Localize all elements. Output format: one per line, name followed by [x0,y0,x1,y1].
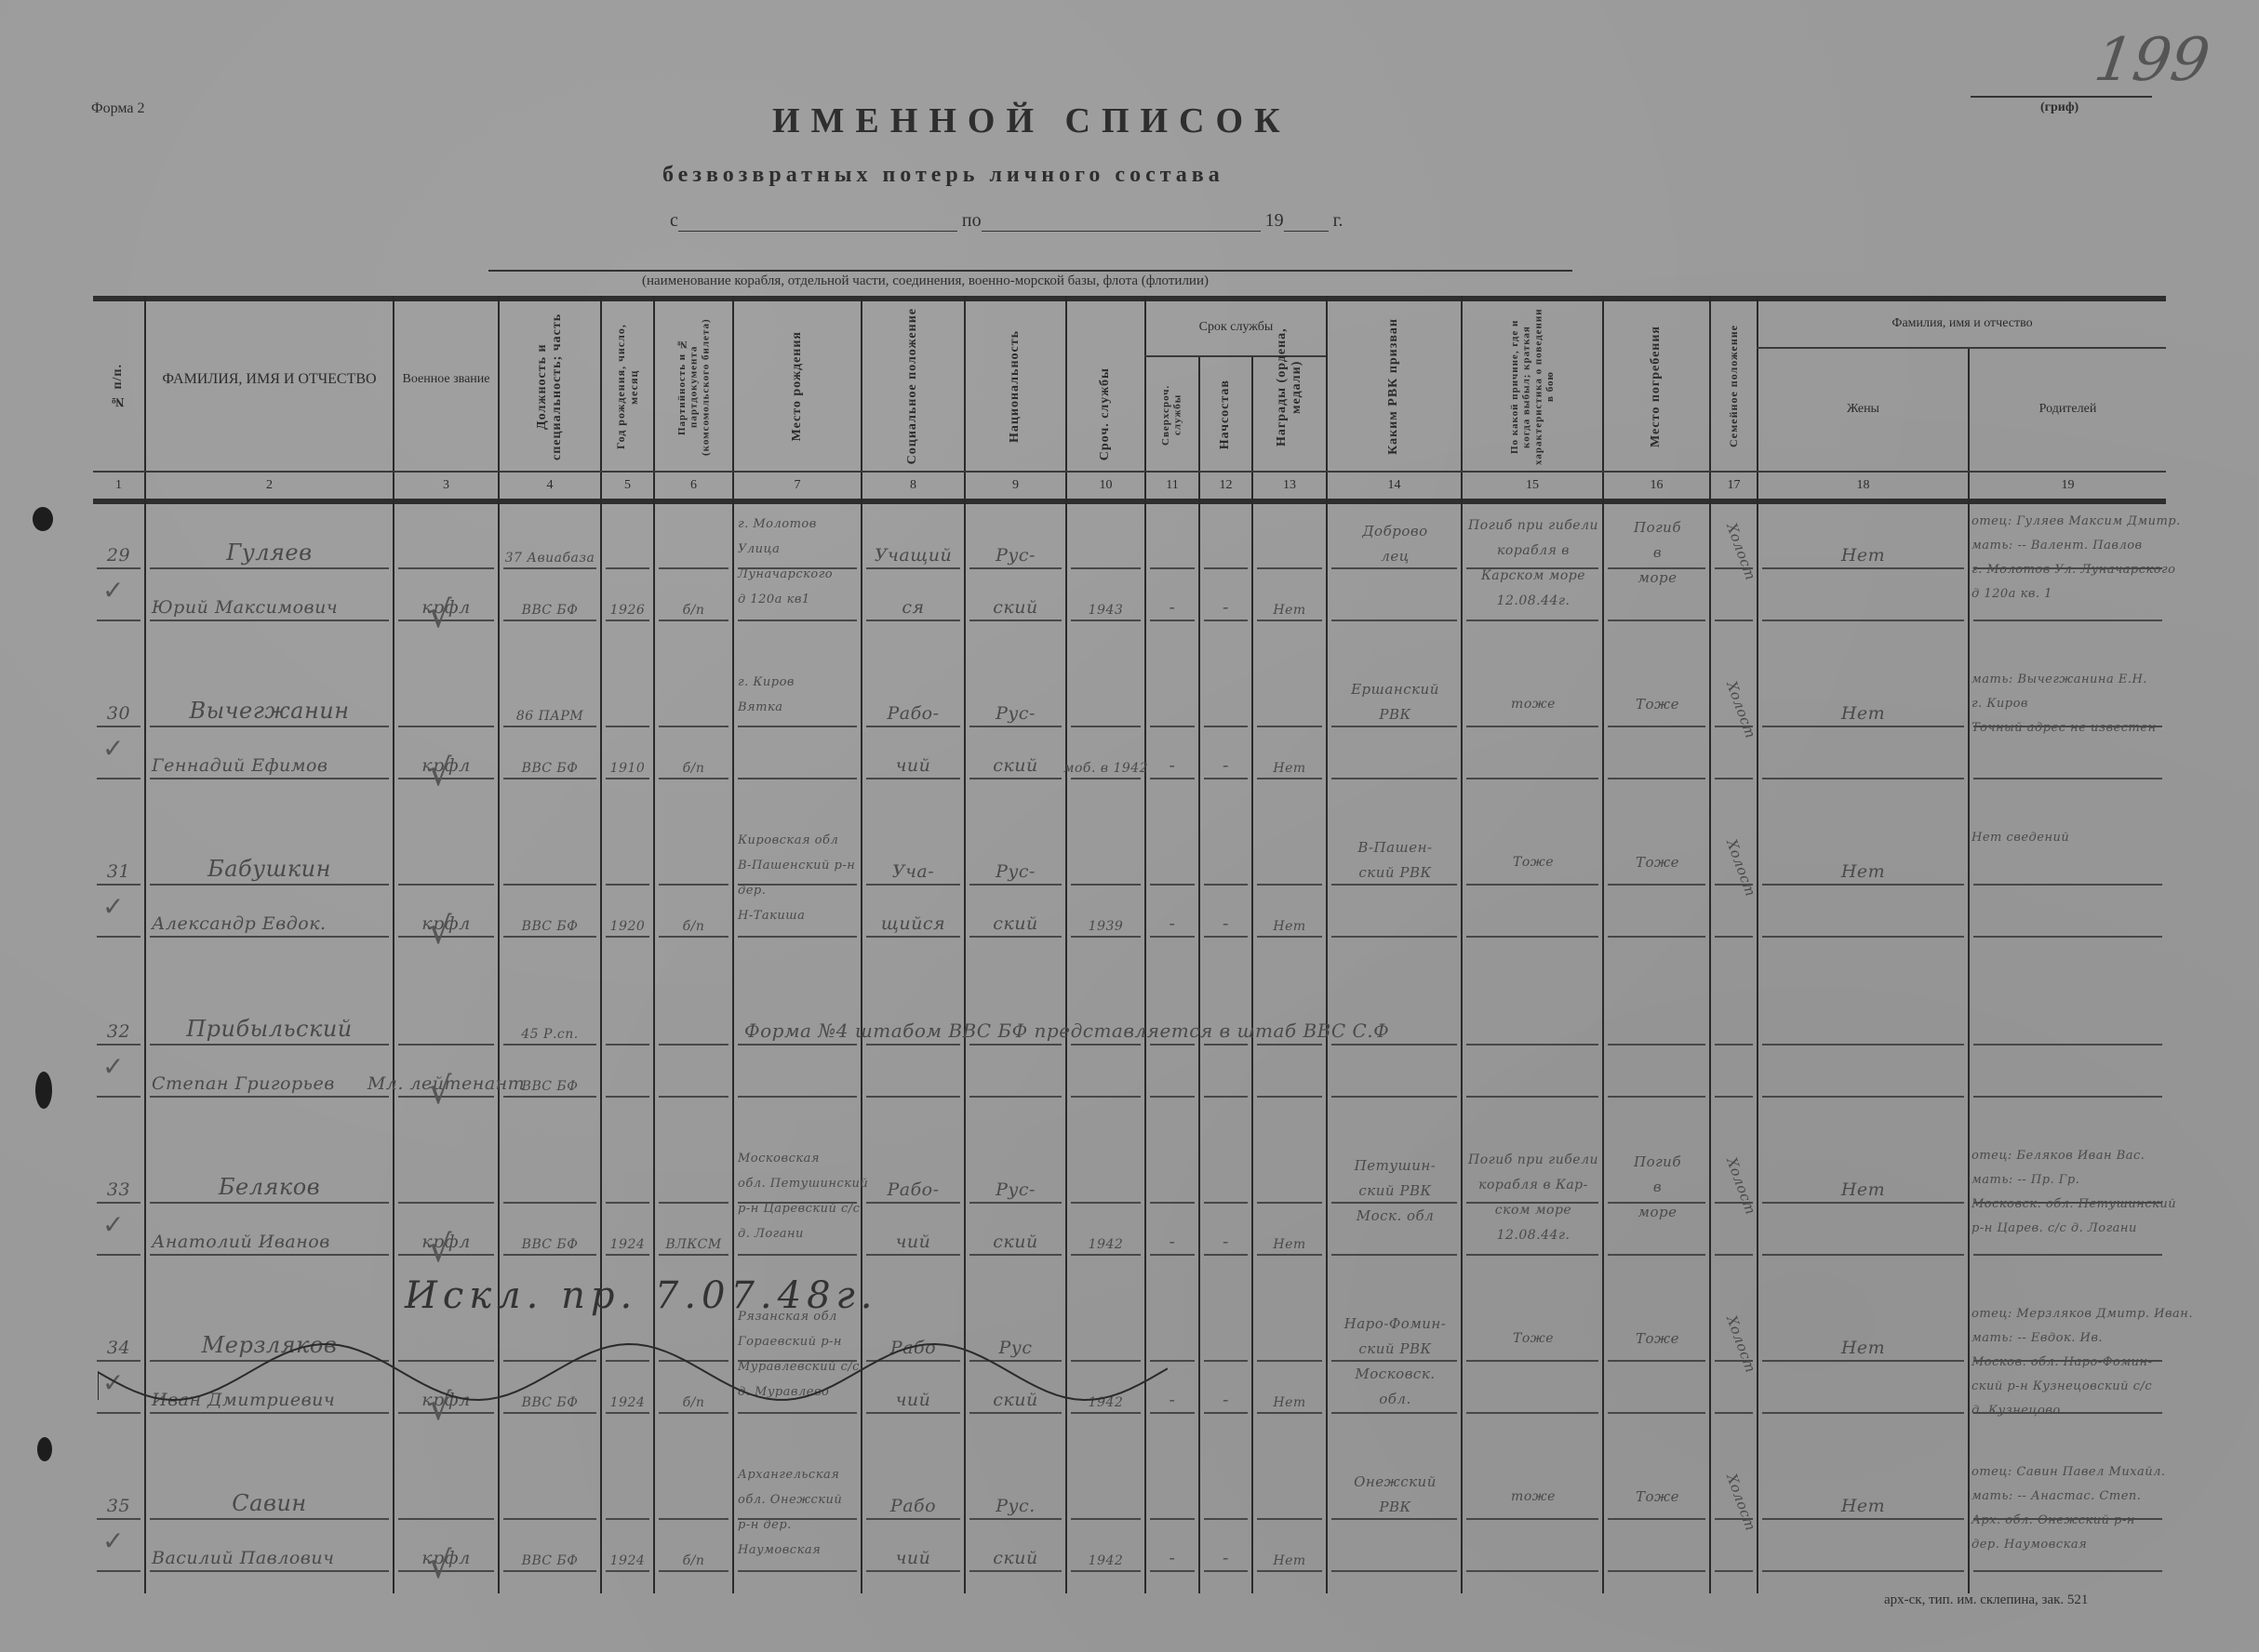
parents-line: р-н Царев. с/с д. Логани [1972,1217,2196,1241]
nationality-2: ский [966,1211,1065,1252]
surname: Бабушкин [146,839,393,882]
row-underline [738,1254,857,1256]
loss-reason-line: Тоже [1466,1326,1600,1352]
classification-label: (гриф) [2040,100,2079,115]
birthplace: Архангельскаяобл. Онежскийр-н дер.Наумов… [738,1462,859,1563]
row-underline [503,1096,596,1098]
parents-line: мать: -- Валент. Павлов [1972,534,2196,558]
row-underline [97,1254,140,1256]
row-underline [1071,567,1141,569]
row-underline [866,936,960,938]
col-number: 10 [1067,473,1144,499]
draft-office-line: Наро-Фомин- [1331,1312,1459,1337]
header-col-8: Социальное положение [862,305,964,468]
row-underline [866,1412,960,1414]
draft-office-line: РВК [1331,702,1459,727]
burial-line: Тоже [1608,692,1707,717]
social-status-2: чий [862,735,964,776]
given-name-patronymic: Геннадий Ефимов [146,735,398,776]
row-underline [1466,1254,1598,1256]
given-name-patronymic: Василий Павлович [146,1527,398,1568]
draft-office-line: ский РВК [1331,1179,1459,1204]
parents-line: ский р-н Кузнецовский с/с [1972,1375,2196,1399]
awards: Нет [1253,735,1326,776]
row-underline [738,1096,857,1098]
row-underline [969,884,1062,886]
position-unit: 45 Р.сп. [500,1005,600,1042]
row-underline [659,1412,728,1414]
nationality-2: ский [966,1527,1065,1568]
verification-tick-icon: √ [428,1070,452,1112]
term-extended: - [1146,893,1198,934]
birthplace-line: Луначарского [738,562,859,587]
row-underline [659,778,728,779]
row-underline [1257,619,1322,621]
row-underline [1466,884,1598,886]
wife-name: Нет [1758,1321,1968,1358]
wife-name: Нет [1758,528,1968,566]
row-underline [1071,1570,1141,1572]
row-underline [866,778,960,779]
row-underline [1973,1254,2162,1256]
row-number: 35 [93,1479,144,1516]
birthplace-line: Московская [738,1146,859,1171]
row-underline [1762,567,1964,569]
row-underline [1071,884,1141,886]
header-bottom-rule [93,499,2166,504]
row-underline [1762,936,1964,938]
row-underline [1071,778,1141,779]
row-underline [969,778,1062,779]
row-underline [503,1518,596,1520]
row-underline [1715,1096,1753,1098]
row-underline [97,1044,140,1046]
row-underline [659,936,728,938]
printer-note: арх-ск, тип. им. склепина, зак. 521 [1884,1592,2088,1608]
row-underline [1150,778,1195,779]
row-underline [1331,1254,1457,1256]
birth-year: 1926 [602,577,653,618]
position-unit: 37 Авиабаза [500,528,600,566]
draft-office-line: лец [1331,544,1459,569]
row-underline [606,1570,649,1572]
row-underline [1715,936,1753,938]
group-rule [1757,347,2166,349]
row-underline [1150,1518,1195,1520]
header-col-10: Сроч. службы [1067,361,1144,468]
burial-place: Тоже [1608,850,1707,875]
col-number: 8 [862,473,964,499]
table-row: 35СавинВасилий ПавловичкрфлВВС БФ1924б/п… [93,1460,2166,1619]
row-underline [1257,936,1322,938]
row-underline [1973,936,2162,938]
row-underline [1762,726,1964,727]
row-underline [738,936,857,938]
birthplace-line: дер. [738,878,859,903]
command-staff: - [1200,1527,1251,1568]
loss-reason-line: Карском море [1466,564,1600,589]
row-underline [1071,1096,1141,1098]
wife-name: Нет [1758,845,1968,882]
row-underline [606,1254,649,1256]
header-col-12: Начсостав [1200,361,1251,468]
burial-line: Погиб [1608,515,1707,540]
loss-reason-line: тоже [1466,692,1600,717]
header-group-relatives: Фамилия, имя и отчество [1758,305,2166,342]
wife-name: Нет [1758,686,1968,724]
row-underline [1257,1518,1322,1520]
row-underline [1071,936,1141,938]
cancellation-note: Искл. пр. 7.07.48г. [405,1274,877,1317]
row-underline [659,619,728,621]
row-underline [1071,1044,1141,1046]
row-underline [1204,726,1248,727]
row-underline [1608,936,1705,938]
row-underline [866,1202,960,1204]
family-status: Холост [1723,679,1759,740]
nationality-2: ский [966,893,1065,934]
row-underline [150,1518,389,1520]
position-unit-2: ВВС БФ [500,735,600,776]
verification-tick-icon: √ [428,1228,452,1271]
awards: Нет [1253,1527,1326,1568]
parents-line: Точный адрес не известен [1972,716,2196,740]
social-status-2: ся [862,577,964,618]
position-unit-2: ВВС БФ [500,1211,600,1252]
row-underline [738,726,857,727]
row-underline [1331,1412,1457,1414]
row-underline [1204,1518,1248,1520]
row-underline [1204,1412,1248,1414]
burial-line: море [1608,566,1707,591]
draft-office: Петушин-ский РВКМоск. обл [1331,1153,1459,1229]
parents-line: мать: Вычегжанина Е.Н. [1972,668,2196,692]
parents-info: мать: Вычегжанина Е.Н.г. КировТочный адр… [1972,668,2196,740]
birthplace-line: Кировская обл [738,828,859,853]
birthplace: г. КировВятка [738,670,859,720]
birthplace: г. МолотовУлицаЛуначарскогод 120а кв1 [738,512,859,612]
party-membership: б/п [655,577,732,618]
position-unit [500,1479,600,1516]
row-underline [1331,619,1457,621]
row-underline [97,1518,140,1520]
row-underline [606,726,649,727]
row-underline [503,567,596,569]
term-regular: 1942 [1067,1211,1144,1252]
command-staff: - [1200,1369,1251,1410]
row-underline [1762,619,1964,621]
row-underline [1466,1096,1598,1098]
row-underline [398,726,494,727]
draft-office-line: обл. [1331,1387,1459,1412]
row-underline [1071,726,1141,727]
header-col-2: ФАМИЛИЯ, ИМЯ И ОТЧЕСТВО [146,333,393,426]
row-underline [398,1044,494,1046]
table-row: 31БабушкинАлександр Евдок.крфлВВС БФ1920… [93,826,2166,984]
row-underline [1150,619,1195,621]
draft-office-line: ский РВК [1331,1337,1459,1362]
header-col-4: Должность и специальность; часть [500,305,600,468]
row-underline [97,567,140,569]
col-number: 17 [1711,473,1757,499]
awards: Нет [1253,577,1326,618]
row-underline [1715,1412,1753,1414]
verification-tick-icon: √ [428,752,452,794]
row-number: 33 [93,1163,144,1200]
command-staff: - [1200,1211,1251,1252]
header-col-7: Место рождения [734,305,861,468]
row-underline [1204,1254,1248,1256]
parents-line: дер. Наумовская [1972,1533,2196,1557]
burial-place: Погибвморе [1608,1150,1707,1225]
row-underline [398,884,494,886]
term-regular: моб. в 1942 [1067,735,1144,776]
row-underline [969,1254,1062,1256]
row-underline [659,1044,728,1046]
nationality: Рус- [966,686,1065,724]
row-underline [1762,1254,1964,1256]
given-name-patronymic: Анатолий Иванов [146,1211,398,1252]
row-underline [97,936,140,938]
header-col-3: Военное звание [394,333,498,426]
social-status: Рабо- [862,686,964,724]
nationality: Рус. [966,1479,1065,1516]
row-underline [1204,884,1248,886]
party-membership: б/п [655,735,732,776]
verification-tick-icon: √ [428,910,452,953]
row-underline [1608,619,1705,621]
row-underline [1204,1570,1248,1572]
period-year-blank [1284,214,1329,232]
row-underline [150,1044,389,1046]
row-underline [1762,1518,1964,1520]
row-underline [503,1044,596,1046]
row-underline [1762,1412,1964,1414]
parents-info: отец: Гуляев Максим Дмитр.мать: -- Вален… [1972,510,2196,606]
row-underline [1762,1096,1964,1098]
period-to-label: по [962,210,982,231]
term-extended: - [1146,1527,1198,1568]
row-underline [659,1096,728,1098]
col-number: 1 [93,473,144,499]
row-underline [1071,1202,1141,1204]
row-underline [1150,726,1195,727]
loss-reason-line: тоже [1466,1485,1600,1510]
col-number: 18 [1758,473,1968,499]
row-underline [606,1096,649,1098]
given-name-patronymic: Александр Евдок. [146,893,398,934]
row-underline [97,884,140,886]
party-membership: б/п [655,893,732,934]
row-underline [969,936,1062,938]
loss-reason: Тоже [1466,850,1600,875]
row-underline [1466,1570,1598,1572]
row-underline [1762,1360,1964,1362]
binder-hole-mark [35,1072,52,1109]
row-underline [969,1412,1062,1414]
burial-line: Тоже [1608,1485,1707,1510]
row-number: 29 [93,528,144,566]
table-top-rule [93,296,2166,301]
burial-line: в [1608,540,1707,566]
row-underline [1204,567,1248,569]
row-underline [1204,1360,1248,1362]
row-underline [969,567,1062,569]
parents-info: отец: Савин Павел Михайл.мать: -- Анаста… [1972,1460,2196,1557]
row-underline [606,884,649,886]
row-underline [606,1202,649,1204]
col-number: 5 [602,473,653,499]
row-underline [1150,1096,1195,1098]
row-underline [969,1096,1062,1098]
term-regular: 1942 [1067,1527,1144,1568]
row-underline [1071,1518,1141,1520]
row-underline [866,567,960,569]
social-status-2: чий [862,1211,964,1252]
row-underline [606,936,649,938]
row-underline [1331,1096,1457,1098]
birth-year: 1924 [602,1527,653,1568]
form-number-label: Форма 2 [91,100,145,117]
row-underline [969,726,1062,727]
wife-name: Нет [1758,1163,1968,1200]
term-regular: 1939 [1067,893,1144,934]
family-status: Холост [1723,837,1759,899]
given-name-patronymic: Степан Григорьев [146,1053,398,1094]
party-membership: ВЛКСМ [655,1211,732,1252]
burial-place: Тоже [1608,1326,1707,1352]
awards: Нет [1253,893,1326,934]
parents-line: г. Киров [1972,692,2196,716]
birth-year: 1924 [602,1211,653,1252]
row-underline [606,778,649,779]
row-underline [606,567,649,569]
family-status: Холост [1723,1155,1759,1217]
parents-line: Арх. обл. Онежский р-н [1972,1509,2196,1533]
row-underline [97,1412,140,1414]
row-underline [738,1412,857,1414]
row-underline [1608,1044,1705,1046]
binder-hole-mark [37,1437,52,1461]
draft-office-line: РВК [1331,1495,1459,1520]
period-from-blank [678,214,957,232]
header-col-13: Награды (ордена, медали) [1253,305,1326,468]
table-row: 30ВычегжанинГеннадий Ефимовкрфл86 ПАРМВВ… [93,668,2166,826]
row-underline [1150,884,1195,886]
row-underline [1762,1044,1964,1046]
document-subtitle: безвозвратных потерь личного состава [662,163,1224,188]
verification-tick-icon: ✓ [102,891,124,922]
birthplace-line: Н-Такиша [738,903,859,928]
row-underline [738,1044,857,1046]
burial-place: Погибвморе [1608,515,1707,591]
row-underline [398,567,494,569]
row-underline [1608,1412,1705,1414]
parents-line: отец: Гуляев Максим Дмитр. [1972,510,2196,534]
col-number: 19 [1970,473,2166,499]
row-underline [1150,1570,1195,1572]
verification-tick-icon: ✓ [102,733,124,764]
row-note: Форма №4 штабом ВВС БФ представляется в … [744,999,1768,1042]
loss-reason-line: 12.08.44г. [1466,1223,1600,1248]
draft-office: Наро-Фомин-ский РВКМосковск.обл. [1331,1312,1459,1412]
col-number: 14 [1328,473,1461,499]
loss-reason-line: Тоже [1466,850,1600,875]
loss-reason: тоже [1466,1485,1600,1510]
col-number: 13 [1253,473,1326,499]
row-underline [1608,778,1705,779]
header-col-11: Сверхсроч. службы [1146,361,1198,468]
loss-reason: Погиб при гибеликорабля вКарском море12.… [1466,513,1600,614]
period-year-suffix: г. [1333,210,1343,231]
surname: Прибыльский [146,999,393,1042]
row-underline [606,1412,649,1414]
surname: Савин [146,1473,393,1516]
position-unit-2: ВВС БФ [500,1527,600,1568]
row-underline [1762,778,1964,779]
header-col-19: Родителей [1970,352,2166,468]
draft-office-line: Онежский [1331,1470,1459,1495]
social-status: Рабо- [862,1163,964,1200]
birthplace-line: Наумовская [738,1538,859,1563]
term-regular: 1943 [1067,577,1144,618]
nationality-2: ский [966,735,1065,776]
row-underline [606,1044,649,1046]
verification-tick-icon: √ [428,1544,452,1587]
birthplace-line: В-Пашенский р-н [738,853,859,878]
row-underline [97,726,140,727]
row-underline [1257,1360,1322,1362]
social-status: Рабо [862,1479,964,1516]
row-underline [866,726,960,727]
social-status: Уча- [862,845,964,882]
row-underline [1071,1412,1141,1414]
header-col-5: Год рождения, число, месяц [602,305,653,468]
header-col-1: № п/п. [93,305,144,468]
row-underline [1150,567,1195,569]
table-row: 32ПрибыльскийСтепан ГригорьевМл. лейтена… [93,986,2166,1144]
row-underline [503,726,596,727]
command-staff: - [1200,735,1251,776]
row-underline [866,619,960,621]
verification-tick-icon: ✓ [102,1525,124,1556]
row-underline [1257,1044,1322,1046]
row-underline [1071,1254,1141,1256]
draft-office-line: Ершанский [1331,677,1459,702]
loss-reason: Погиб при гибеликорабля в Кар-ском море1… [1466,1148,1600,1248]
row-underline [150,778,389,779]
birthplace-line: Улица [738,537,859,562]
row-underline [1257,778,1322,779]
parents-line: мать: -- Анастас. Степ. [1972,1485,2196,1509]
row-underline [1973,1096,2162,1098]
loss-reason-line: Погиб при гибели [1466,1148,1600,1173]
verification-tick-icon: √ [428,593,452,636]
row-underline [1466,936,1598,938]
row-underline [1150,1202,1195,1204]
row-underline [1257,1570,1322,1572]
draft-office-line: Петушин- [1331,1153,1459,1179]
row-underline [1466,1412,1598,1414]
row-underline [1973,778,2162,779]
nationality: Рус- [966,528,1065,566]
row-underline [1973,1570,2162,1572]
row-underline [1715,1570,1753,1572]
draft-office-line: Доброво [1331,519,1459,544]
row-underline [1466,726,1598,727]
sheet-number: 199 [2091,26,2214,95]
parents-line: Москов. обл. Наро-Фомин- [1972,1351,2196,1375]
